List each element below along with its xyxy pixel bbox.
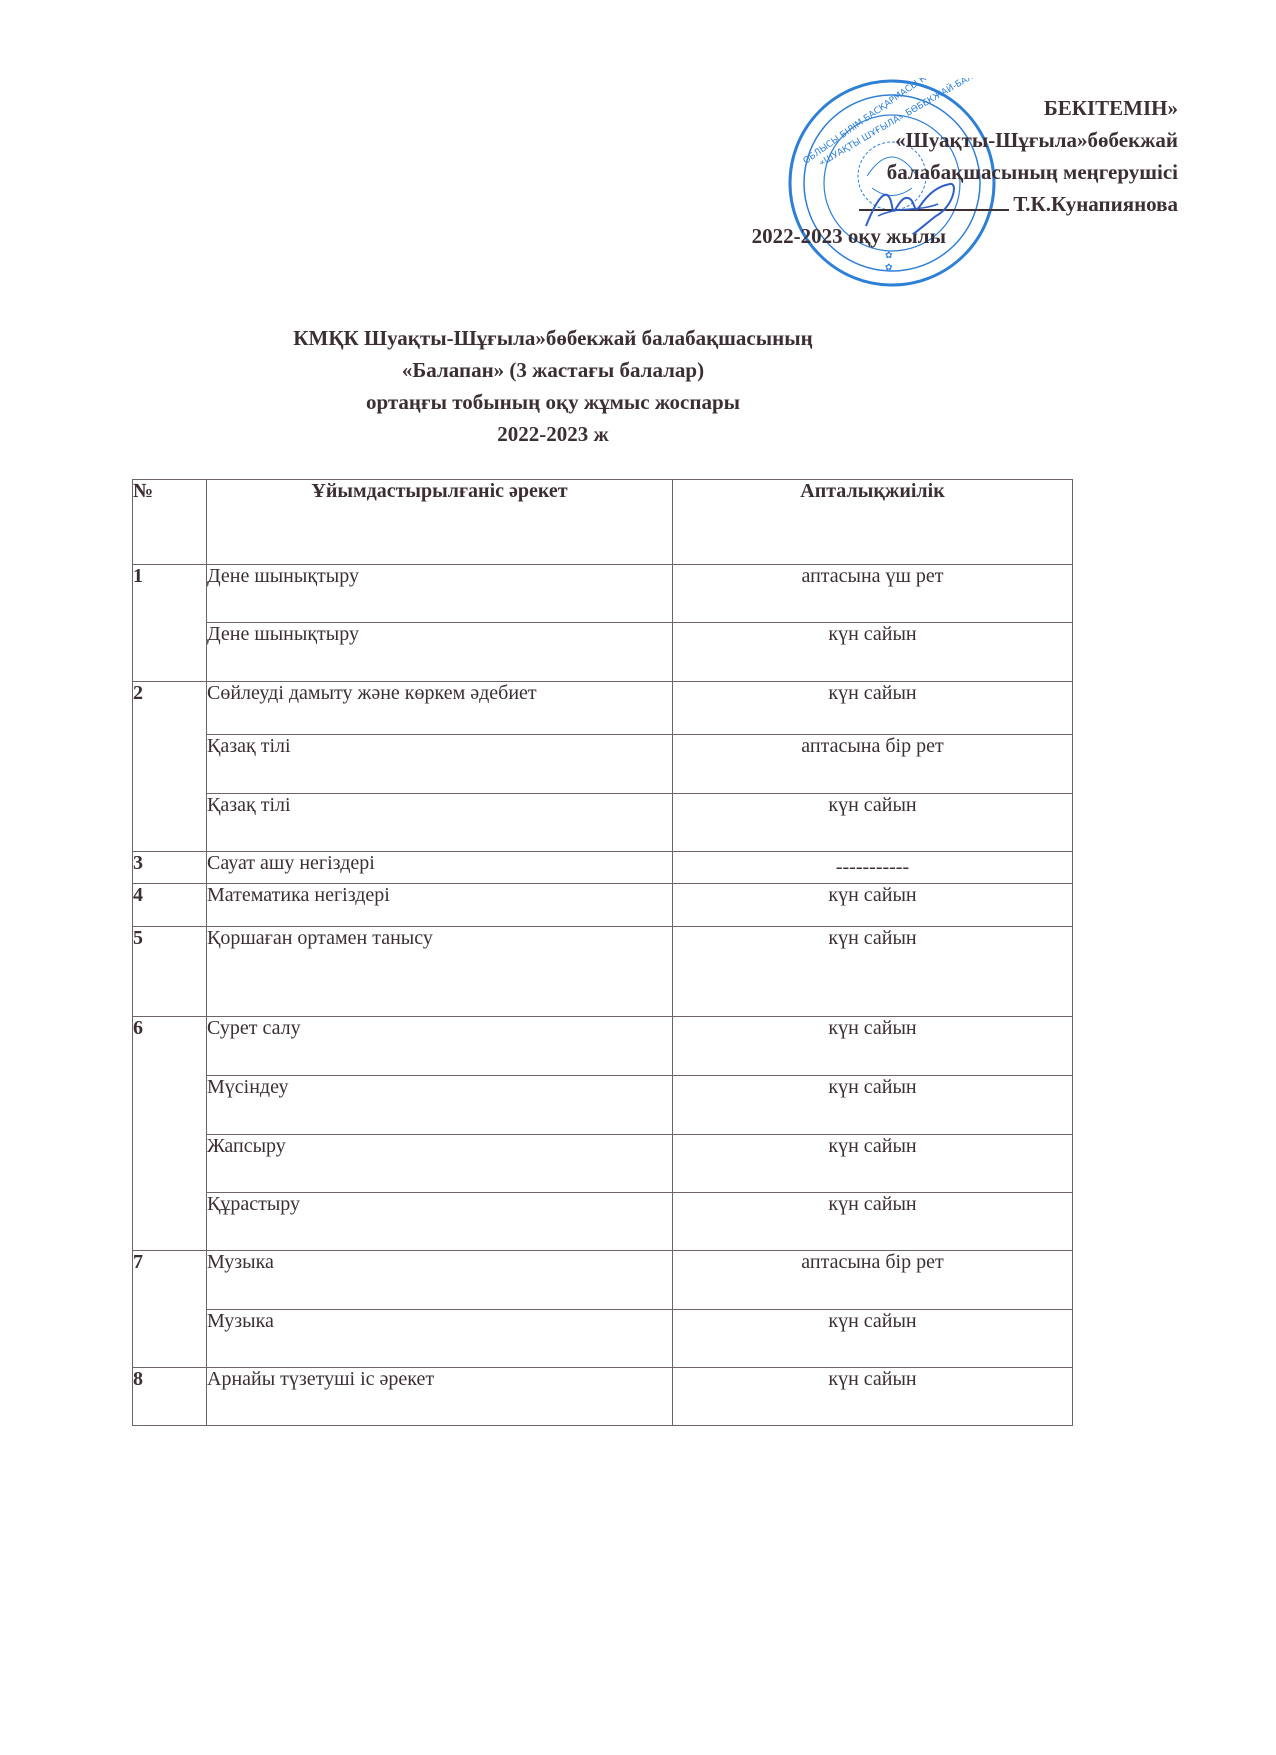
signature-icon: [858, 176, 968, 236]
activity-cell: Арнайы түзетуші іс әрекет: [207, 1368, 673, 1426]
title-line-3: ортаңғы тобының оқу жұмыс жоспары: [253, 386, 853, 418]
frequency-cell: күн сайын: [673, 1017, 1073, 1076]
title-line-1: КМҚК Шуақты-Шұғыла»бөбекжай балабақшасын…: [253, 322, 853, 354]
frequency-cell: аптасына бір рет: [673, 735, 1073, 794]
row-number: 4: [133, 884, 207, 927]
table-body: 1Дене шынықтыруаптасына үш ретДене шынық…: [133, 565, 1073, 1426]
table-row: Қазақ тіліаптасына бір рет: [133, 735, 1073, 794]
table-row: Қазақ тілікүн сайын: [133, 794, 1073, 852]
row-number: 2: [133, 682, 207, 852]
frequency-cell: күн сайын: [673, 623, 1073, 682]
table-row: Дене шынықтырукүн сайын: [133, 623, 1073, 682]
row-number: 6: [133, 1017, 207, 1251]
table-row: 7Музыкааптасына бір рет: [133, 1251, 1073, 1310]
header-frequency: Апталықжиілік: [673, 480, 1073, 565]
frequency-cell: күн сайын: [673, 682, 1073, 735]
row-number: 8: [133, 1368, 207, 1426]
table-header-row: № Ұйымдастырылғаніс әрекет Апталықжиілік: [133, 480, 1073, 565]
table-row: Музыкакүн сайын: [133, 1310, 1073, 1368]
row-number: 3: [133, 852, 207, 884]
row-number: 1: [133, 565, 207, 682]
approval-org: «Шуақты-Шұғыла»бөбекжай: [752, 124, 1178, 156]
document-title: КМҚК Шуақты-Шұғыла»бөбекжай балабақшасын…: [253, 322, 853, 450]
table-row: 1Дене шынықтыруаптасына үш рет: [133, 565, 1073, 623]
activity-cell: Мүсіндеу: [207, 1076, 673, 1135]
frequency-cell: күн сайын: [673, 1193, 1073, 1251]
table-row: Құрастырукүн сайын: [133, 1193, 1073, 1251]
frequency-cell: күн сайын: [673, 1368, 1073, 1426]
frequency-cell: аптасына үш рет: [673, 565, 1073, 623]
activity-cell: Жапсыру: [207, 1135, 673, 1193]
activity-cell: Дене шынықтыру: [207, 623, 673, 682]
frequency-cell: аптасына бір рет: [673, 1251, 1073, 1310]
activity-cell: Сөйлеуді дамыту және көркем әдебиет: [207, 682, 673, 735]
table-row: 6Сурет салукүн сайын: [133, 1017, 1073, 1076]
activity-cell: Сурет салу: [207, 1017, 673, 1076]
frequency-cell: -----------: [673, 852, 1073, 884]
table-row: Мүсіндеукүн сайын: [133, 1076, 1073, 1135]
header-num: №: [133, 480, 207, 565]
frequency-cell: күн сайын: [673, 1135, 1073, 1193]
table-row: 2Сөйлеуді дамыту және көркем әдебиеткүн …: [133, 682, 1073, 735]
table-row: Жапсырукүн сайын: [133, 1135, 1073, 1193]
frequency-cell: күн сайын: [673, 794, 1073, 852]
row-number: 5: [133, 927, 207, 1017]
activity-cell: Музыка: [207, 1251, 673, 1310]
signatory-name: Т.К.Кунапиянова: [1013, 192, 1178, 216]
activity-cell: Қоршаған ортамен танысу: [207, 927, 673, 1017]
frequency-cell: күн сайын: [673, 1310, 1073, 1368]
title-line-4: 2022-2023 ж: [253, 418, 853, 450]
approval-heading: БЕКІТЕМІН»: [752, 92, 1178, 124]
svg-text:✿: ✿: [885, 263, 893, 273]
table-row: 4Математика негіздерікүн сайын: [133, 884, 1073, 927]
activity-cell: Сауат ашу негіздері: [207, 852, 673, 884]
activity-cell: Қазақ тілі: [207, 735, 673, 794]
activity-cell: Математика негіздері: [207, 884, 673, 927]
frequency-cell: күн сайын: [673, 1076, 1073, 1135]
table-row: 3Сауат ашу негіздері-----------: [133, 852, 1073, 884]
table-row: 5Қоршаған ортамен танысукүн сайын: [133, 927, 1073, 1017]
header-activity: Ұйымдастырылғаніс әрекет: [207, 480, 673, 565]
row-number: 7: [133, 1251, 207, 1368]
activity-cell: Дене шынықтыру: [207, 565, 673, 623]
activity-cell: Қазақ тілі: [207, 794, 673, 852]
frequency-cell: күн сайын: [673, 927, 1073, 1017]
table-row: 8Арнайы түзетуші іс әрекеткүн сайын: [133, 1368, 1073, 1426]
frequency-cell: күн сайын: [673, 884, 1073, 927]
curriculum-table: № Ұйымдастырылғаніс әрекет Апталықжиілік…: [132, 479, 1073, 1426]
activity-cell: Құрастыру: [207, 1193, 673, 1251]
activity-cell: Музыка: [207, 1310, 673, 1368]
title-line-2: «Балапан» (3 жастағы балалар): [253, 354, 853, 386]
svg-text:✿: ✿: [885, 251, 893, 261]
